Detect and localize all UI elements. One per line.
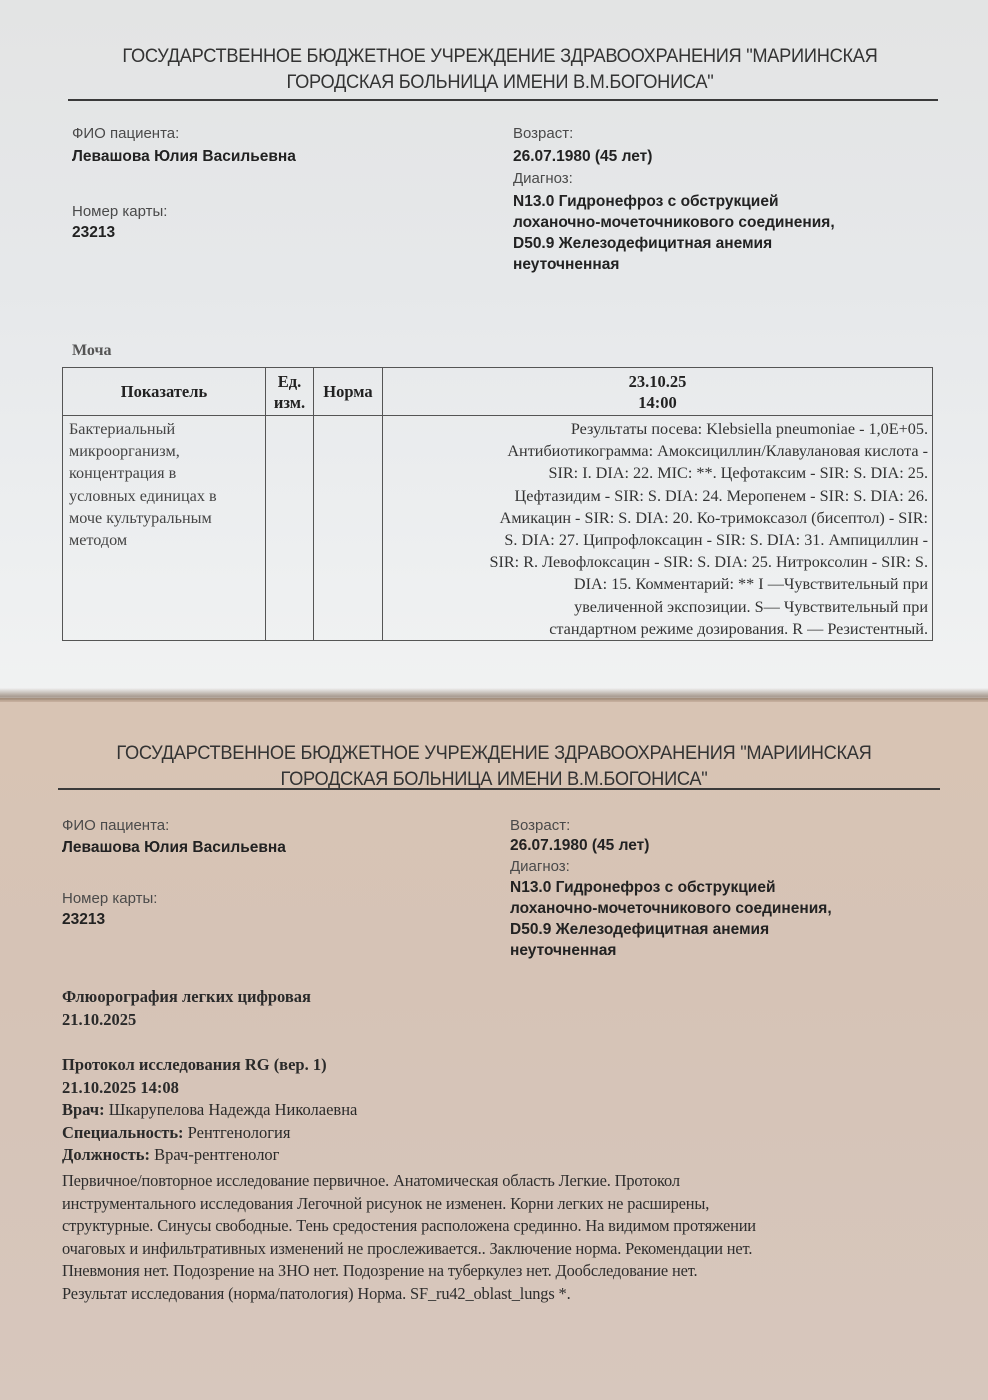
unit-cell — [266, 416, 314, 641]
diagnosis: N13.0 Гидронефроз с обструкцией лоханочн… — [513, 191, 933, 275]
column-header-unit: Ед. изм. — [266, 368, 314, 416]
diagnosis: N13.0 Гидронефроз с обструкцией лоханочн… — [510, 877, 930, 961]
patient-name-label: ФИО пациента: — [72, 124, 179, 144]
patient-name-label: ФИО пациента: — [62, 816, 169, 836]
protocol-title: Протокол исследования RG (вер. 1) — [62, 1054, 942, 1077]
diagnosis-line: неуточненная — [510, 940, 930, 961]
diagnosis-line: D50.9 Железодефицитная анемия — [510, 919, 930, 940]
urine-results-table: Показатель Ед. изм. Норма 23.10.25 14:00… — [62, 367, 933, 641]
diagnosis-label: Диагноз: — [513, 169, 573, 189]
patient-age: 26.07.1980 (45 лет) — [513, 146, 652, 167]
study-title: Флюорография легких цифровая — [62, 986, 942, 1009]
header-divider — [58, 788, 940, 790]
indicator-line: условных единицах в — [69, 485, 261, 507]
diagnosis-line: N13.0 Гидронефроз с обструкцией — [513, 191, 933, 212]
result-line: Антибиотикограмма: Амоксициллин/Клавулан… — [389, 440, 928, 462]
indicator-line: методом — [69, 529, 261, 551]
position-row: Должность: Врач-рентгенолог — [62, 1144, 942, 1167]
patient-name: Левашова Юлия Васильевна — [62, 837, 286, 858]
diagnosis-line: D50.9 Железодефицитная анемия — [513, 233, 933, 254]
report-sheet-fluorography: ГОСУДАРСТВЕННОЕ БЮДЖЕТНОЕ УЧРЕЖДЕНИЕ ЗДР… — [0, 700, 988, 1400]
indicator-line: моче культуральным — [69, 507, 261, 529]
specialty-value: Рентгенология — [188, 1123, 291, 1142]
result-line: SIR: R. Левофлоксацин - SIR: S. DIA: 25.… — [389, 551, 928, 573]
study-header: Флюорография легких цифровая 21.10.2025 — [62, 986, 942, 1031]
unit-header-line: Ед. — [266, 371, 313, 392]
indicator-line: концентрация в — [69, 462, 261, 484]
column-header-indicator: Показатель — [63, 368, 266, 416]
paper-edge-shadow — [0, 688, 988, 702]
table-header-row: Показатель Ед. изм. Норма 23.10.25 14:00 — [63, 368, 933, 416]
header-divider — [68, 99, 938, 101]
norm-cell — [314, 416, 383, 641]
organization-header: ГОСУДАРСТВЕННОЕ БЮДЖЕТНОЕ УЧРЕЖДЕНИЕ ЗДР… — [72, 741, 917, 793]
protocol-line: Результат исследования (норма/патология)… — [62, 1283, 942, 1306]
diagnosis-label: Диагноз: — [510, 857, 570, 877]
doctor-name: Шкарупелова Надежда Николаевна — [109, 1100, 358, 1119]
organization-header-line1: ГОСУДАРСТВЕННОЕ БЮДЖЕТНОЕ УЧРЕЖДЕНИЕ ЗДР… — [78, 44, 923, 70]
card-number: 23213 — [62, 909, 105, 930]
protocol-header: Протокол исследования RG (вер. 1) 21.10.… — [62, 1054, 942, 1167]
indicator-cell: Бактериальный микроорганизм, концентраци… — [63, 416, 266, 641]
patient-age: 26.07.1980 (45 лет) — [510, 835, 649, 856]
diagnosis-line: N13.0 Гидронефроз с обструкцией — [510, 877, 930, 898]
card-number: 23213 — [72, 222, 115, 243]
diagnosis-line: лоханочно-мочеточникового соединения, — [513, 212, 933, 233]
column-date: 23.10.25 — [383, 371, 932, 392]
unit-header-line: изм. — [266, 392, 313, 413]
protocol-line: Пневмония нет. Подозрение на ЗНО нет. По… — [62, 1260, 942, 1283]
specialty-row: Специальность: Рентгенология — [62, 1122, 942, 1145]
protocol-line: очаговых и инфильтративных изменений не … — [62, 1238, 942, 1261]
organization-header-line2: ГОРОДСКАЯ БОЛЬНИЦА ИМЕНИ В.М.БОГОНИСА" — [78, 70, 923, 96]
organization-header: ГОСУДАРСТВЕННОЕ БЮДЖЕТНОЕ УЧРЕЖДЕНИЕ ЗДР… — [78, 44, 923, 96]
indicator-line: Бактериальный — [69, 418, 261, 440]
diagnosis-line: неуточненная — [513, 254, 933, 275]
indicator-line: микроорганизм, — [69, 440, 261, 462]
result-line: Амикацин - SIR: S. DIA: 20. Ко-тримоксаз… — [389, 507, 928, 529]
result-line: увеличенной экспозиции. S— Чувствительны… — [389, 596, 928, 618]
result-line: стандартном режиме дозирования. R — Рези… — [389, 618, 928, 640]
result-line: Результаты посева: Klebsiella pneumoniae… — [389, 418, 928, 440]
diagnosis-line: лоханочно-мочеточникового соединения, — [510, 898, 930, 919]
specialty-label: Специальность: — [62, 1123, 184, 1142]
lab-report-sheet-urine: ГОСУДАРСТВЕННОЕ БЮДЖЕТНОЕ УЧРЕЖДЕНИЕ ЗДР… — [0, 0, 988, 698]
age-label: Возраст: — [513, 124, 573, 144]
column-header-norm: Норма — [314, 368, 383, 416]
protocol-line: структурные. Синусы свободные. Тень сред… — [62, 1215, 942, 1238]
card-number-label: Номер карты: — [62, 889, 157, 909]
organization-header-line1: ГОСУДАРСТВЕННОЕ БЮДЖЕТНОЕ УЧРЕЖДЕНИЕ ЗДР… — [72, 741, 917, 767]
position-label: Должность: — [62, 1145, 150, 1164]
result-cell: Результаты посева: Klebsiella pneumoniae… — [383, 416, 933, 641]
patient-name: Левашова Юлия Васильевна — [72, 146, 296, 167]
protocol-datetime: 21.10.2025 14:08 — [62, 1077, 942, 1100]
table-row: Бактериальный микроорганизм, концентраци… — [63, 416, 933, 641]
protocol-line: инструментального исследования Легочной … — [62, 1193, 942, 1216]
doctor-row: Врач: Шкарупелова Надежда Николаевна — [62, 1099, 942, 1122]
column-header-datetime: 23.10.25 14:00 — [383, 368, 933, 416]
result-line: S. DIA: 27. Ципрофлоксацин - SIR: S. DIA… — [389, 529, 928, 551]
result-line: SIR: I. DIA: 22. MIC: **. Цефотаксим - S… — [389, 462, 928, 484]
study-date: 21.10.2025 — [62, 1009, 942, 1032]
protocol-line: Первичное/повторное исследование первичн… — [62, 1170, 942, 1193]
result-line: Цефтазидим - SIR: S. DIA: 24. Меропенем … — [389, 485, 928, 507]
age-label: Возраст: — [510, 816, 570, 836]
protocol-text: Первичное/повторное исследование первичн… — [62, 1170, 942, 1306]
section-title-urine: Моча — [72, 342, 112, 360]
card-number-label: Номер карты: — [72, 202, 167, 222]
position-value: Врач-рентгенолог — [154, 1145, 279, 1164]
doctor-label: Врач: — [62, 1100, 105, 1119]
result-line: DIA: 15. Комментарий: ** I —Чувствительн… — [389, 573, 928, 595]
column-time: 14:00 — [383, 392, 932, 413]
